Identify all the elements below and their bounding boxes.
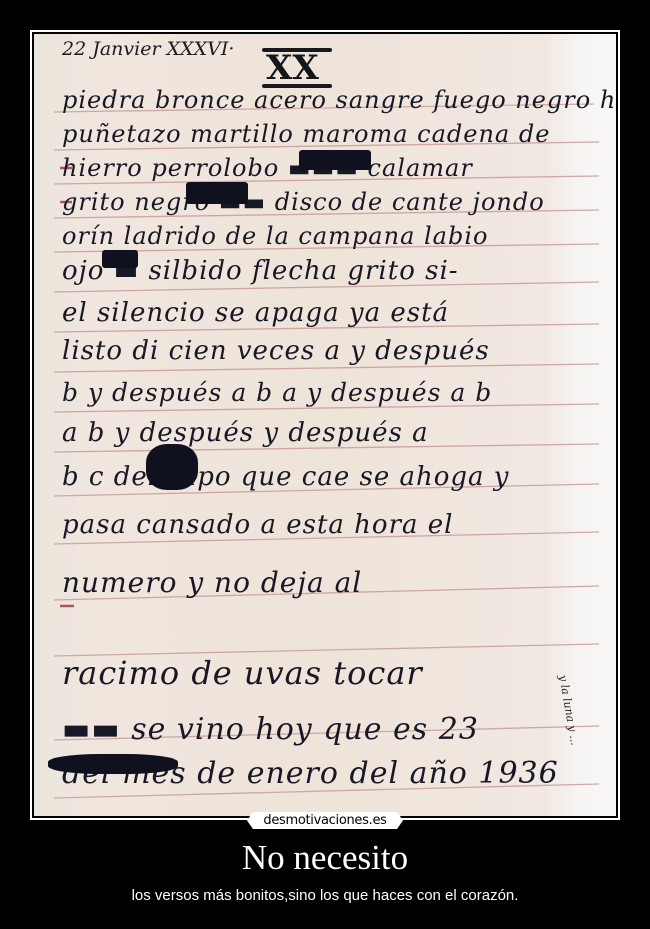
- manuscript-line: listo di cien veces a y después: [62, 336, 490, 366]
- watermark-text: desmotivaciones.es: [263, 813, 386, 828]
- manuscript-line: el silencio se apaga ya está: [62, 298, 449, 328]
- photo-frame: 22 Janvier XXXVI· XX piedra bronce acero…: [30, 30, 620, 820]
- ink-blot: [186, 182, 248, 204]
- ink-blot: [48, 754, 178, 774]
- manuscript-line: orín ladrido de la campana labio: [62, 222, 488, 250]
- poster-title: No necesito: [0, 838, 650, 878]
- site-watermark[interactable]: desmotivaciones.es: [247, 812, 403, 829]
- manuscript-line: b c del sapo que cae se ahoga y: [62, 462, 510, 492]
- manuscript-line: hierro perrolobo ▬▬▬ calamar: [62, 154, 473, 182]
- manuscript-line: grito negro ▬▬ disco de cante jondo: [62, 188, 545, 216]
- manuscript-line: racimo de uvas tocar: [62, 654, 423, 692]
- manuscript-line: puñetazo martillo maroma cadena de: [62, 120, 550, 148]
- ink-blot: [299, 150, 371, 170]
- manuscript-line: numero y no deja al: [62, 566, 362, 599]
- manuscript-line: pasa cansado a esta hora el: [62, 510, 453, 540]
- ink-blot: [146, 444, 198, 490]
- manuscript-line: ▬▬ se vino hoy que es 23: [62, 712, 479, 747]
- manuscript-line: b y después a b a y después a b: [62, 378, 492, 407]
- manuscript-line: a b y después y después a: [62, 418, 429, 448]
- ink-blot: [102, 250, 138, 268]
- poster-subtitle: los versos más bonitos,sino los que hace…: [0, 887, 650, 904]
- manuscript-line: piedra bronce acero sangre fuego negro h…: [62, 86, 616, 114]
- manuscript-photo: 22 Janvier XXXVI· XX piedra bronce acero…: [34, 34, 616, 816]
- manuscript-date: 22 Janvier XXXVI·: [62, 38, 234, 60]
- manuscript-numeral: XX: [266, 48, 319, 88]
